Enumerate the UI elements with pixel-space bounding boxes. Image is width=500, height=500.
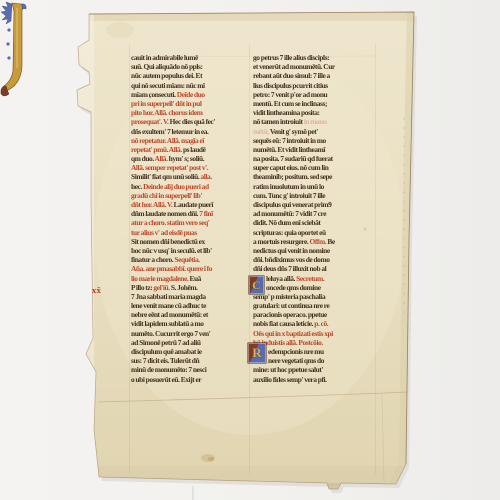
rubric-text: Allã. semper repetat' post v'. (131, 163, 208, 172)
stain (208, 457, 214, 461)
text-line: qm duo. Allã. hym' s; soliũ. (131, 154, 248, 163)
initial-letter: R (252, 345, 261, 361)
text-line: nedictus qui venit in nomine (253, 246, 375, 255)
initial-blue-nub (6, 42, 9, 45)
rubric-text: Aña. ane pmasabbĩ. quere ĩ fo (131, 264, 212, 273)
text-line: numēto. Cucurrit ergo 7 ven' (131, 329, 248, 338)
body-text: suũ. Qui aliquãdo nõ ppls: (131, 62, 203, 71)
initial-blue-nub (7, 56, 10, 59)
text-line: Similit' fiat qm unũ soliũ. alla. (131, 172, 248, 181)
body-text: oncede qms domine (266, 283, 321, 292)
text-line: P illo tz: gel'iũ. S. Johēm. (131, 283, 248, 292)
text-line: didit. Nõ dum enĩ sciebãt (253, 218, 375, 227)
text-line: qui nõ secuti mïam: nũc mï (131, 81, 248, 90)
illuminated-initial-I (0, 0, 30, 100)
rubric-text: repetat' pmũ. Allã. (131, 145, 183, 154)
text-line: cauit in admirabile lumē (131, 53, 248, 62)
body-text: a mortuis resurgere. (253, 237, 310, 246)
text-line: discipulus qui venerat prim9 (253, 200, 375, 209)
text-line: nõ repetatur. Allã. magĩa eĩ (131, 136, 248, 145)
rubric-text: alla. (200, 172, 211, 181)
body-text: sus: 7 dicit eis. Tulerũt dñ (131, 356, 199, 365)
initial-blue-nub (7, 28, 10, 31)
body-text: super caput eius. nõ cum lin (253, 163, 328, 172)
rubric-text: pri in superpell' dñt in pul (131, 99, 201, 108)
body-text: ad monumētũ: 7 vidit 7 cre (253, 209, 326, 218)
body-text: petro: 7 venit p'or ad monu (253, 90, 327, 99)
body-text: sequēs eũ: 7 introiuit in mo (253, 136, 326, 145)
body-text: vidit lapidem sublatũ a mo (131, 319, 204, 328)
body-text: 7 Jna sabbati maria magda (131, 292, 206, 301)
body-text: gratulari: ut continua nre re (253, 301, 329, 310)
body-text: numētũ. Et vidit lintheamĩ (253, 145, 325, 154)
body-text: rebant aũt duo simul: 7 ille a (253, 71, 330, 80)
rubric-text: lio marie magdalene. (131, 274, 189, 283)
text-line: Aña. ane pmasabbĩ. quere ĩ fo (131, 264, 248, 273)
rubric-text: Secretum. (296, 274, 324, 283)
body-text: mine: ut hoc ppetue salut' (253, 365, 323, 374)
text-line: Oēs qui in x baptizati estis xpi (253, 329, 375, 338)
body-text: mentũ. Et cum se inclinass; (253, 99, 327, 108)
text-line: paracionis operaco. ppetue (253, 310, 375, 319)
rubric-text: gel'iũ. (153, 283, 170, 292)
body-text: qm duo. (131, 154, 155, 163)
text-line: repetat' pmũ. Allã. ps laudē (131, 145, 248, 154)
body-text: leluya allã. (266, 274, 296, 283)
text-line: suũ. Qui aliquãdo nõ ppls: (131, 62, 248, 71)
body-text: discipulum quē amabat ie (131, 347, 202, 356)
text-line: sequēs eũ: 7 introiuit in mo (253, 136, 375, 145)
text-line: pri in superpell' dñt in pul (131, 99, 248, 108)
initial-letter: C (252, 278, 261, 293)
text-line: sus: 7 dicit eis. Tulerũt dñ (131, 356, 248, 365)
body-text: theaminib; positum. sed sepe (253, 172, 332, 181)
text-line: theaminib; positum. sed sepe (253, 172, 375, 181)
body-text: nere vegetati qms do (268, 356, 324, 365)
rubric-text: 7 finĩ (199, 209, 213, 218)
body-text: dñi. bñdiximus vos de domo (253, 255, 330, 264)
body-text: o ubi posuerũt eũ. Exijt er (131, 375, 201, 384)
text-line: dñi deus dñs 7 illuxit nob al (253, 264, 375, 273)
text-line: nebre eēnt ad monumētũ: et (131, 310, 248, 319)
text-line: rebant aũt duo simul: 7 ille a (253, 71, 375, 80)
rubric-text: gradũ chĩ in superpell' lib' (131, 191, 202, 200)
text-line: na posita. 7 sudariũ qd fuerat (253, 154, 375, 163)
body-text: didit. Nõ dum enĩ sciebãt (253, 218, 320, 227)
rubric-text: pito hor. Allã. chorus idem (131, 108, 203, 117)
text-line: nere vegetati qms do (268, 356, 375, 365)
text-line: hec. Deinde alij duo pueri ad (131, 182, 248, 191)
text-line: mïam consecuti. Deĩde duo (131, 90, 248, 99)
body-text: nõ tamen introiuit (253, 117, 304, 126)
initial-gold-body (2, 3, 22, 92)
body-text: numēto. Cucurrit ergo 7 ven' (131, 329, 210, 338)
faded-rubric-text: mētũ, (253, 127, 270, 136)
body-text: dñi deus dñs 7 illuxit nob al (253, 264, 326, 273)
body-text: lene venit mane cũ adhuc te (131, 301, 206, 310)
text-line: ad Simonē petrũ 7 ad aliũ (131, 338, 248, 347)
body-text: Euã (189, 274, 201, 283)
text-line: o ubi posuerũt eũ. Exijt er (131, 375, 248, 384)
body-text: dñs exultem' 7 letemur in ea. (131, 127, 209, 136)
manuscript-photo: cauit in admirabile lumēsuũ. Qui aliquãd… (0, 0, 500, 500)
text-line: gradũ chĩ in superpell' lib' (131, 191, 248, 200)
rubric-text: Offm. (310, 237, 328, 246)
rubric-text: dñt hor. Allã. V. (131, 200, 174, 209)
body-text: hec. (131, 182, 143, 191)
text-line: super caput eius. nõ cum lin (253, 163, 375, 172)
text-line: auxilio fides semp' vera pfi. (253, 375, 375, 384)
rubric-text: prosequat'. V. (131, 117, 170, 126)
body-text: finatur a choro. (131, 255, 174, 264)
rubric-text: p. cõ. (314, 319, 328, 328)
illuminated-initial-C: C (249, 276, 264, 294)
body-text: nebre eēnt ad monumētũ: et (131, 310, 208, 319)
body-text: ps laudē (183, 145, 206, 154)
body-text: ratim inuolutum in unũ lo (253, 182, 324, 191)
text-line: mine: ut hoc ppetue salut' (253, 365, 375, 374)
body-text: lius discipulus pcurrit citius (253, 81, 328, 90)
text-line: prosequat'. V. Hec dies quã fec' (131, 117, 248, 126)
left-deckle-pale-strip (76, 12, 94, 482)
body-text: qui nõ secuti mïam: nũc mï (131, 81, 205, 90)
text-line: lene venit mane cũ adhuc te (131, 301, 248, 310)
body-text: vidit lintheamina posita: (253, 108, 320, 117)
text-line: lius discipulus pcurrit citius (253, 81, 375, 90)
text-line: nũc autem populus dei. Et (131, 71, 248, 80)
body-text: paracionis operaco. ppetue (253, 310, 327, 319)
text-line: pito hor. Allã. chorus idem (131, 108, 248, 117)
text-line: Sit nomen dñi benedictũ ex (131, 237, 248, 246)
body-text: nedictus qui venit in nomine (253, 246, 330, 255)
text-line: semp' p misteria paschalia (253, 292, 375, 301)
text-line: hũ induistis allã. Postcõio. (253, 338, 375, 347)
illuminated-initial-R: R (248, 343, 266, 363)
text-line: 7 Jna sabbati maria magda (131, 292, 248, 301)
body-text: Venit g' symõ pet' (270, 127, 318, 136)
text-column-left: cauit in admirabile lumēsuũ. Qui aliquãd… (131, 53, 248, 384)
text-line: atur a choro. statim vero seq' (131, 218, 248, 227)
text-line: et venerũt ad monumētũ. Cur (253, 62, 375, 71)
body-text: ad Simonē petrũ 7 ad aliũ (131, 338, 201, 347)
body-text: cum. Tunc g' introiuit 7 ille (253, 191, 325, 200)
body-text: dñm laudate nomen dñi. (131, 209, 199, 218)
text-line: a mortuis resurgere. Offm. Be (253, 237, 375, 246)
text-line: edempcionis nre mu (268, 347, 375, 356)
body-text: hoc nũc v usq' in seculũ. et lib' (131, 246, 212, 255)
text-line: go petrus 7 ille alius discipls: (253, 53, 375, 62)
body-text: mïam consecuti. (131, 90, 177, 99)
body-text: Laudate puerĩ (174, 200, 213, 209)
rubric-text: nõ repetatur. Allã. magĩa eĩ (131, 136, 204, 145)
body-text: cauit in admirabile lumē (131, 53, 198, 62)
body-text: go petrus 7 ille alius discipls: (253, 53, 329, 62)
body-text: na posita. 7 sudariũ qd fuerat (253, 154, 333, 163)
body-text: nobis fiat causa leticie. (253, 319, 314, 328)
text-line: ratim inuolutum in unũ lo (253, 182, 375, 191)
text-line: finatur a choro. Sequētia. (131, 255, 248, 264)
body-text: hym' s; soliũ. (169, 154, 204, 163)
body-text: minũ de monumēto: 7 nesci (131, 365, 206, 374)
faded-rubric-text: in monu (304, 117, 327, 126)
text-line: dñs exultem' 7 letemur in ea. (131, 127, 248, 136)
text-column-right: go petrus 7 ille alius discipls:et vener… (253, 53, 375, 384)
text-line: dñt hor. Allã. V. Laudate puerĩ (131, 200, 248, 209)
text-line: discipulum quē amabat ie (131, 347, 248, 356)
text-line: Allã. semper repetat' post v'. (131, 163, 248, 172)
body-text: edempcionis nre mu (268, 347, 324, 356)
text-line: oncede qms domine (266, 283, 375, 292)
body-text: Sit nomen dñi benedictũ ex (131, 237, 205, 246)
leaf-graphic (0, 0, 500, 500)
text-line: dñi. bñdiximus vos de domo (253, 255, 375, 264)
text-line: hoc nũc v usq' in seculũ. et lib' (131, 246, 248, 255)
text-line: nobis fiat causa leticie. p. cõ. (253, 319, 375, 328)
text-line: minũ de monumēto: 7 nesci (131, 365, 248, 374)
text-line: mentũ. Et cum se inclinass; (253, 99, 375, 108)
rubric-text: tur alius v' ad eisdē puas (131, 228, 197, 237)
text-line: vidit lintheamina posita: (253, 108, 375, 117)
initial-blue-crest (1, 2, 12, 24)
rubric-text: Deĩde duo (177, 90, 205, 99)
body-text: P illo tz: (131, 283, 153, 292)
text-line: leluya allã. Secretum. (266, 274, 375, 283)
text-line: lio marie magdalene. Euã (131, 274, 248, 283)
rubric-text: Sequētia. (174, 255, 199, 264)
rubric-text: Allã. (155, 154, 169, 163)
body-text: Be (327, 237, 334, 246)
text-line: ad monumētũ: 7 vidit 7 cre (253, 209, 375, 218)
rubric-text: Deinde alij duo pueri ad (143, 182, 209, 191)
text-line: numētũ. Et vidit lintheamĩ (253, 145, 375, 154)
stain (106, 22, 134, 38)
rubric-text: Oēs qui in x baptizati estis xpi (253, 329, 333, 338)
body-text: et venerũt ad monumētũ. Cur (253, 62, 335, 71)
text-line: vidit lapidem sublatũ a mo (131, 319, 248, 328)
text-line: petro: 7 venit p'or ad monu (253, 90, 375, 99)
body-text: discipulus qui venerat prim9 (253, 200, 331, 209)
body-text: scripturas: quia oportet eũ (253, 228, 326, 237)
rubric-text: Postcõio. (298, 338, 323, 347)
body-text: nũc autem populus dei. Et (131, 71, 202, 80)
body-text: auxilio fides semp' vera pfi. (253, 375, 327, 384)
text-line: cum. Tunc g' introiuit 7 ille (253, 191, 375, 200)
chapter-number-marginal: xx̃ (92, 286, 101, 295)
text-line: scripturas: quia oportet eũ (253, 228, 375, 237)
body-text: S. Johēm. (171, 283, 198, 292)
text-line: gratulari: ut continua nre re (253, 301, 375, 310)
body-text: Similit' fiat qm unũ soliũ. (131, 172, 200, 181)
text-line: dñm laudate nomen dñi. 7 finĩ (131, 209, 248, 218)
text-line: nõ tamen introiuit in monu (253, 117, 375, 126)
text-line: mētũ, Venit g' symõ pet' (253, 127, 375, 136)
body-text: Hec dies quã fec' (170, 117, 215, 126)
text-line: tur alius v' ad eisdē puas (131, 228, 248, 237)
rubric-text: atur a choro. statim vero seq' (131, 218, 209, 227)
